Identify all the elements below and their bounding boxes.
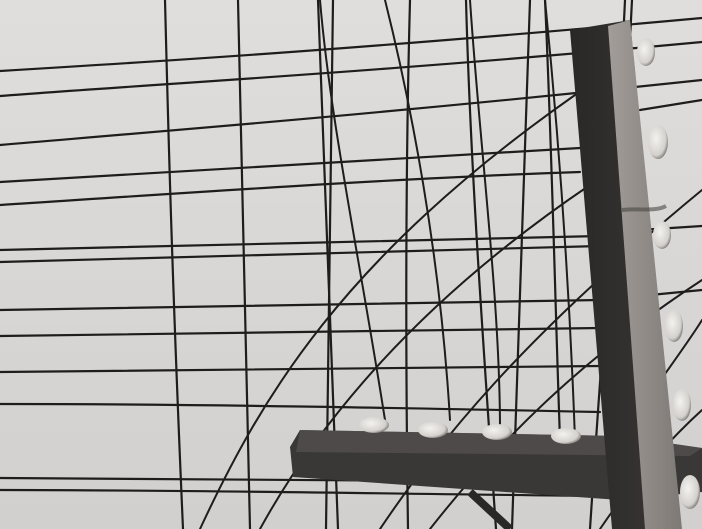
wire-pole-scene <box>0 0 702 529</box>
photograph <box>0 0 702 529</box>
